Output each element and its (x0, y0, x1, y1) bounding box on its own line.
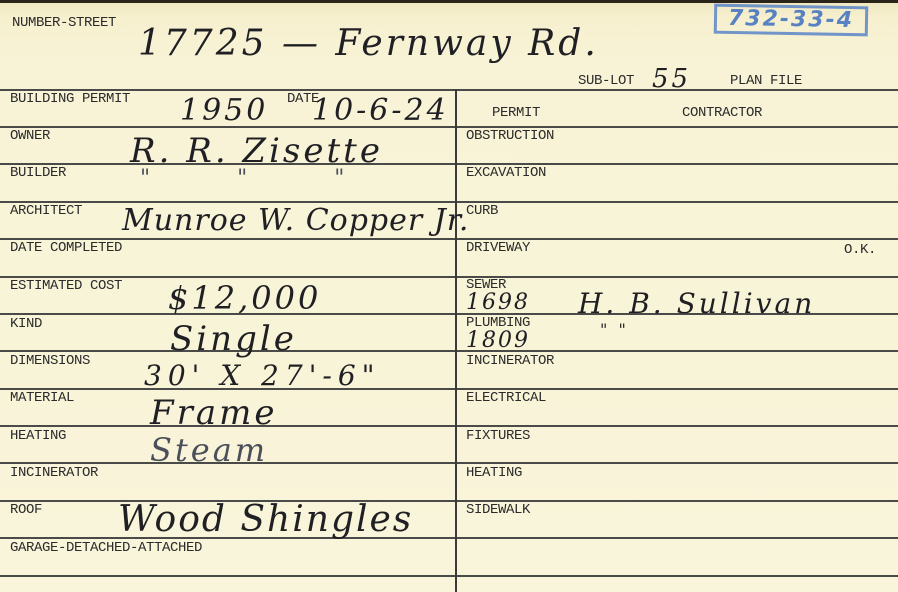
dimensions-label: DIMENSIONS (10, 354, 90, 368)
roof-value: Wood Shingles (118, 502, 413, 538)
heating-value: Steam (150, 434, 268, 466)
heating-label: HEATING (10, 429, 66, 443)
building-permit-label: BUILDING PERMIT (10, 92, 130, 106)
rule (0, 126, 898, 128)
fixtures-label: FIXTURES (466, 429, 530, 443)
electrical-label: ELECTRICAL (466, 391, 546, 405)
column-divider (455, 89, 457, 592)
contractor-header: CONTRACTOR (682, 106, 762, 120)
owner-value: R. R. Zisette (130, 134, 383, 168)
driveway-note: O.K. (844, 243, 876, 257)
number-street-label: NUMBER-STREET (12, 16, 116, 30)
date-value: 10-6-24 (312, 96, 449, 126)
architect-value: Munroe W. Copper Jr. (122, 206, 469, 236)
building-permit-value: 1950 (180, 96, 268, 126)
incinerator-label: INCINERATOR (10, 466, 98, 480)
rule (0, 89, 898, 91)
builder-label: BUILDER (10, 166, 66, 180)
rule (0, 575, 898, 577)
plumbing-permit-number: 1809 (466, 330, 530, 352)
file-number-stamp: 732-33-4 (714, 4, 869, 37)
driveway-label: DRIVEWAY (466, 241, 530, 255)
excavation-label: EXCAVATION (466, 166, 546, 180)
rule (0, 462, 898, 464)
estimated-cost-value: $12,000 (168, 282, 321, 314)
kind-value: Single (170, 322, 297, 356)
material-label: MATERIAL (10, 391, 74, 405)
roof-label: ROOF (10, 503, 42, 517)
owner-label: OWNER (10, 129, 50, 143)
sewer-contractor: H. B. Sullivan (578, 290, 815, 318)
date-completed-label: DATE COMPLETED (10, 241, 122, 255)
curb-label: CURB (466, 204, 498, 218)
sub-lot-label: SUB-LOT (578, 74, 634, 88)
rule (0, 238, 898, 240)
rule (0, 276, 898, 278)
number-street-value: 17725 — Fernway Rd. (138, 26, 599, 62)
obstruction-label: OBSTRUCTION (466, 129, 554, 143)
estimated-cost-label: ESTIMATED COST (10, 279, 122, 293)
rule (0, 350, 898, 352)
plumbing-contractor: " " (600, 322, 629, 338)
incinerator-permit-label: INCINERATOR (466, 354, 554, 368)
architect-label: ARCHITECT (10, 204, 82, 218)
rule (0, 388, 898, 390)
material-value: Frame (150, 396, 277, 430)
plan-file-label: PLAN FILE (730, 74, 802, 88)
heating-permit-label: HEATING (466, 466, 522, 480)
permit-header: PERMIT (492, 106, 540, 120)
builder-value: " " " (140, 168, 384, 190)
garage-label: GARAGE-DETACHED-ATTACHED (10, 541, 202, 555)
kind-label: KIND (10, 317, 42, 331)
sidewalk-label: SIDEWALK (466, 503, 530, 517)
sewer-permit-number: 1698 (466, 292, 530, 314)
dimensions-value: 30' X 27'-6" (144, 362, 381, 390)
rule (0, 425, 898, 427)
permit-card: 732-33-4 NUMBER-STREET 17725 — Fernway R… (0, 0, 898, 592)
